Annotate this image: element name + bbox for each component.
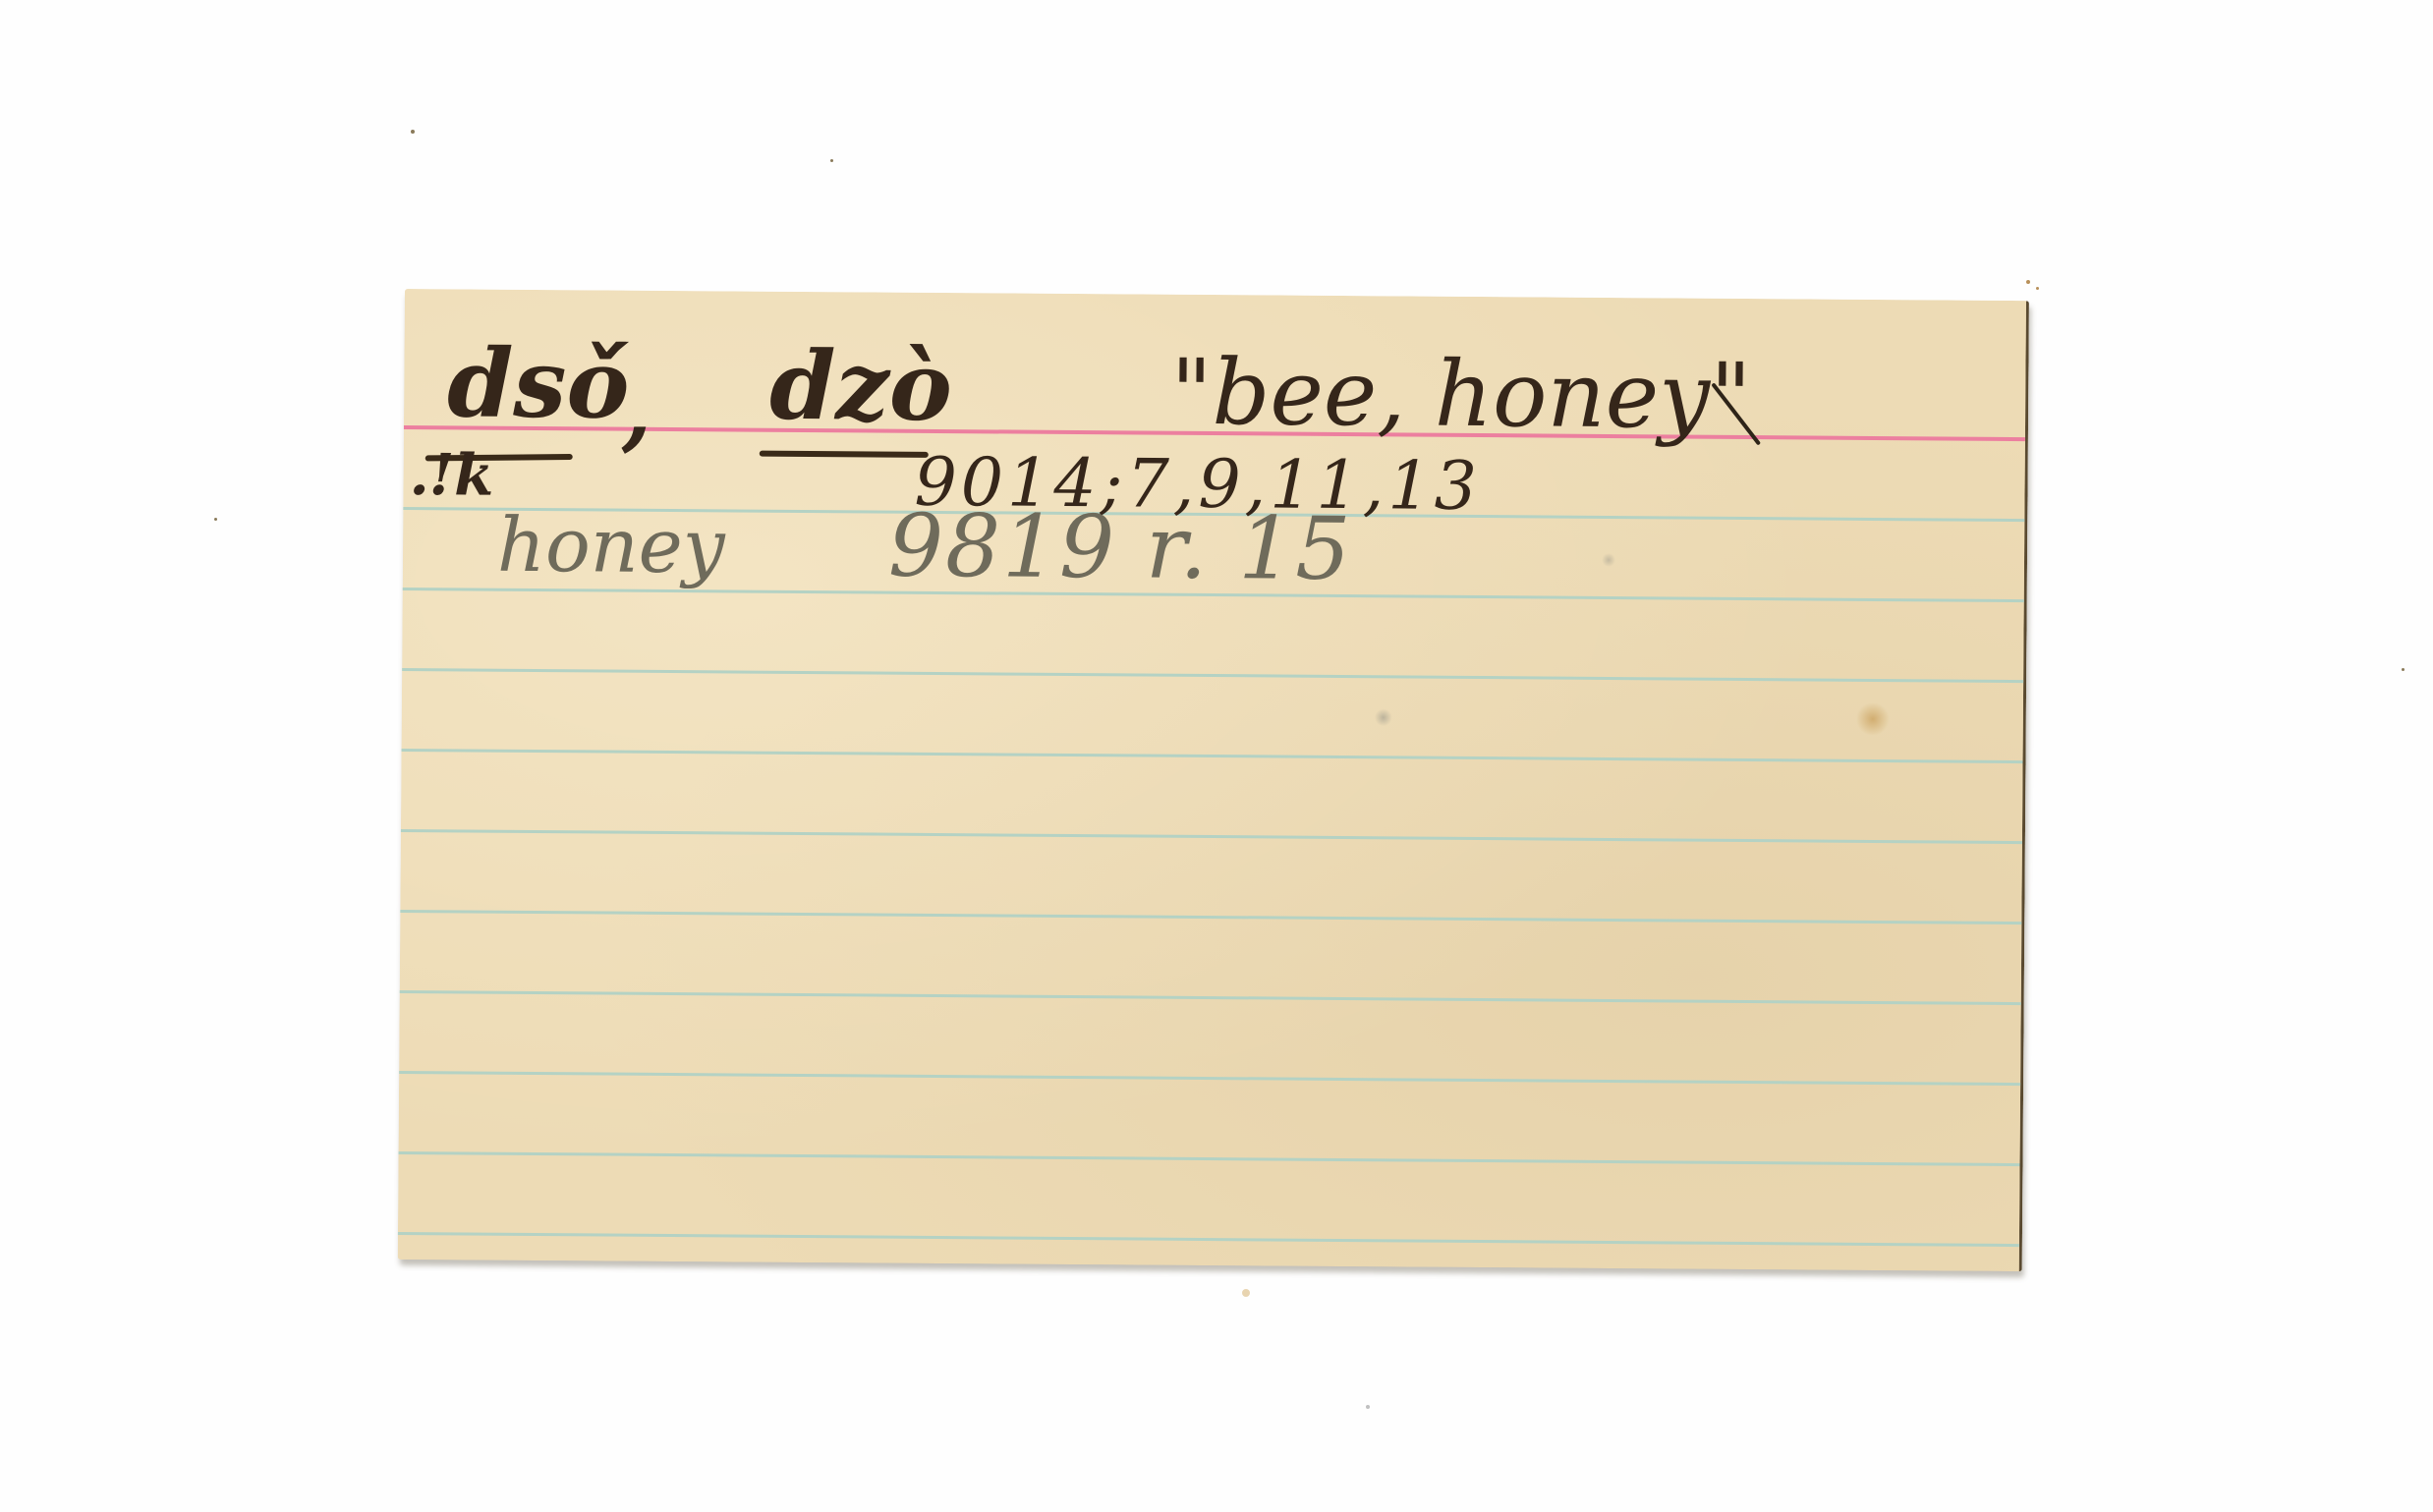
dust-speck	[2036, 287, 2039, 290]
headword-form-1: dsǒ́	[447, 336, 630, 431]
blue-rule	[401, 829, 2022, 844]
stain	[1602, 553, 1615, 567]
index-card: dsǒ́ , dzò "bee, honey" .!k 9014;7,9,11,…	[398, 289, 2029, 1271]
blue-rule	[402, 668, 2023, 683]
blue-rule	[402, 749, 2023, 763]
headword-separator: ,	[622, 369, 652, 454]
gloss-secondary: honey	[497, 508, 725, 585]
headword-form-2-underline	[760, 451, 929, 458]
dust-speck	[1242, 1289, 1250, 1297]
dust-speck	[214, 518, 217, 521]
dust-speck	[1366, 1405, 1370, 1409]
dust-speck	[2402, 668, 2405, 671]
blue-rule	[398, 1232, 2019, 1247]
blue-rule	[399, 1071, 2020, 1086]
dust-speck	[830, 159, 833, 162]
stain	[1375, 708, 1392, 726]
blue-rule	[400, 990, 2021, 1005]
scan-background: dsǒ́ , dzò "bee, honey" .!k 9014;7,9,11,…	[0, 0, 2433, 1512]
blue-rule	[400, 910, 2021, 924]
reference-secondary: 9819 r. 15	[888, 503, 1353, 592]
source-code: .!k	[409, 446, 493, 504]
headword-gloss: "bee, honey"	[1170, 348, 1752, 442]
stain	[1856, 702, 1890, 736]
blue-rule	[399, 1151, 2020, 1166]
dust-speck	[2026, 280, 2030, 284]
headword-form-2: dzò	[769, 339, 952, 434]
dust-speck	[411, 130, 415, 134]
